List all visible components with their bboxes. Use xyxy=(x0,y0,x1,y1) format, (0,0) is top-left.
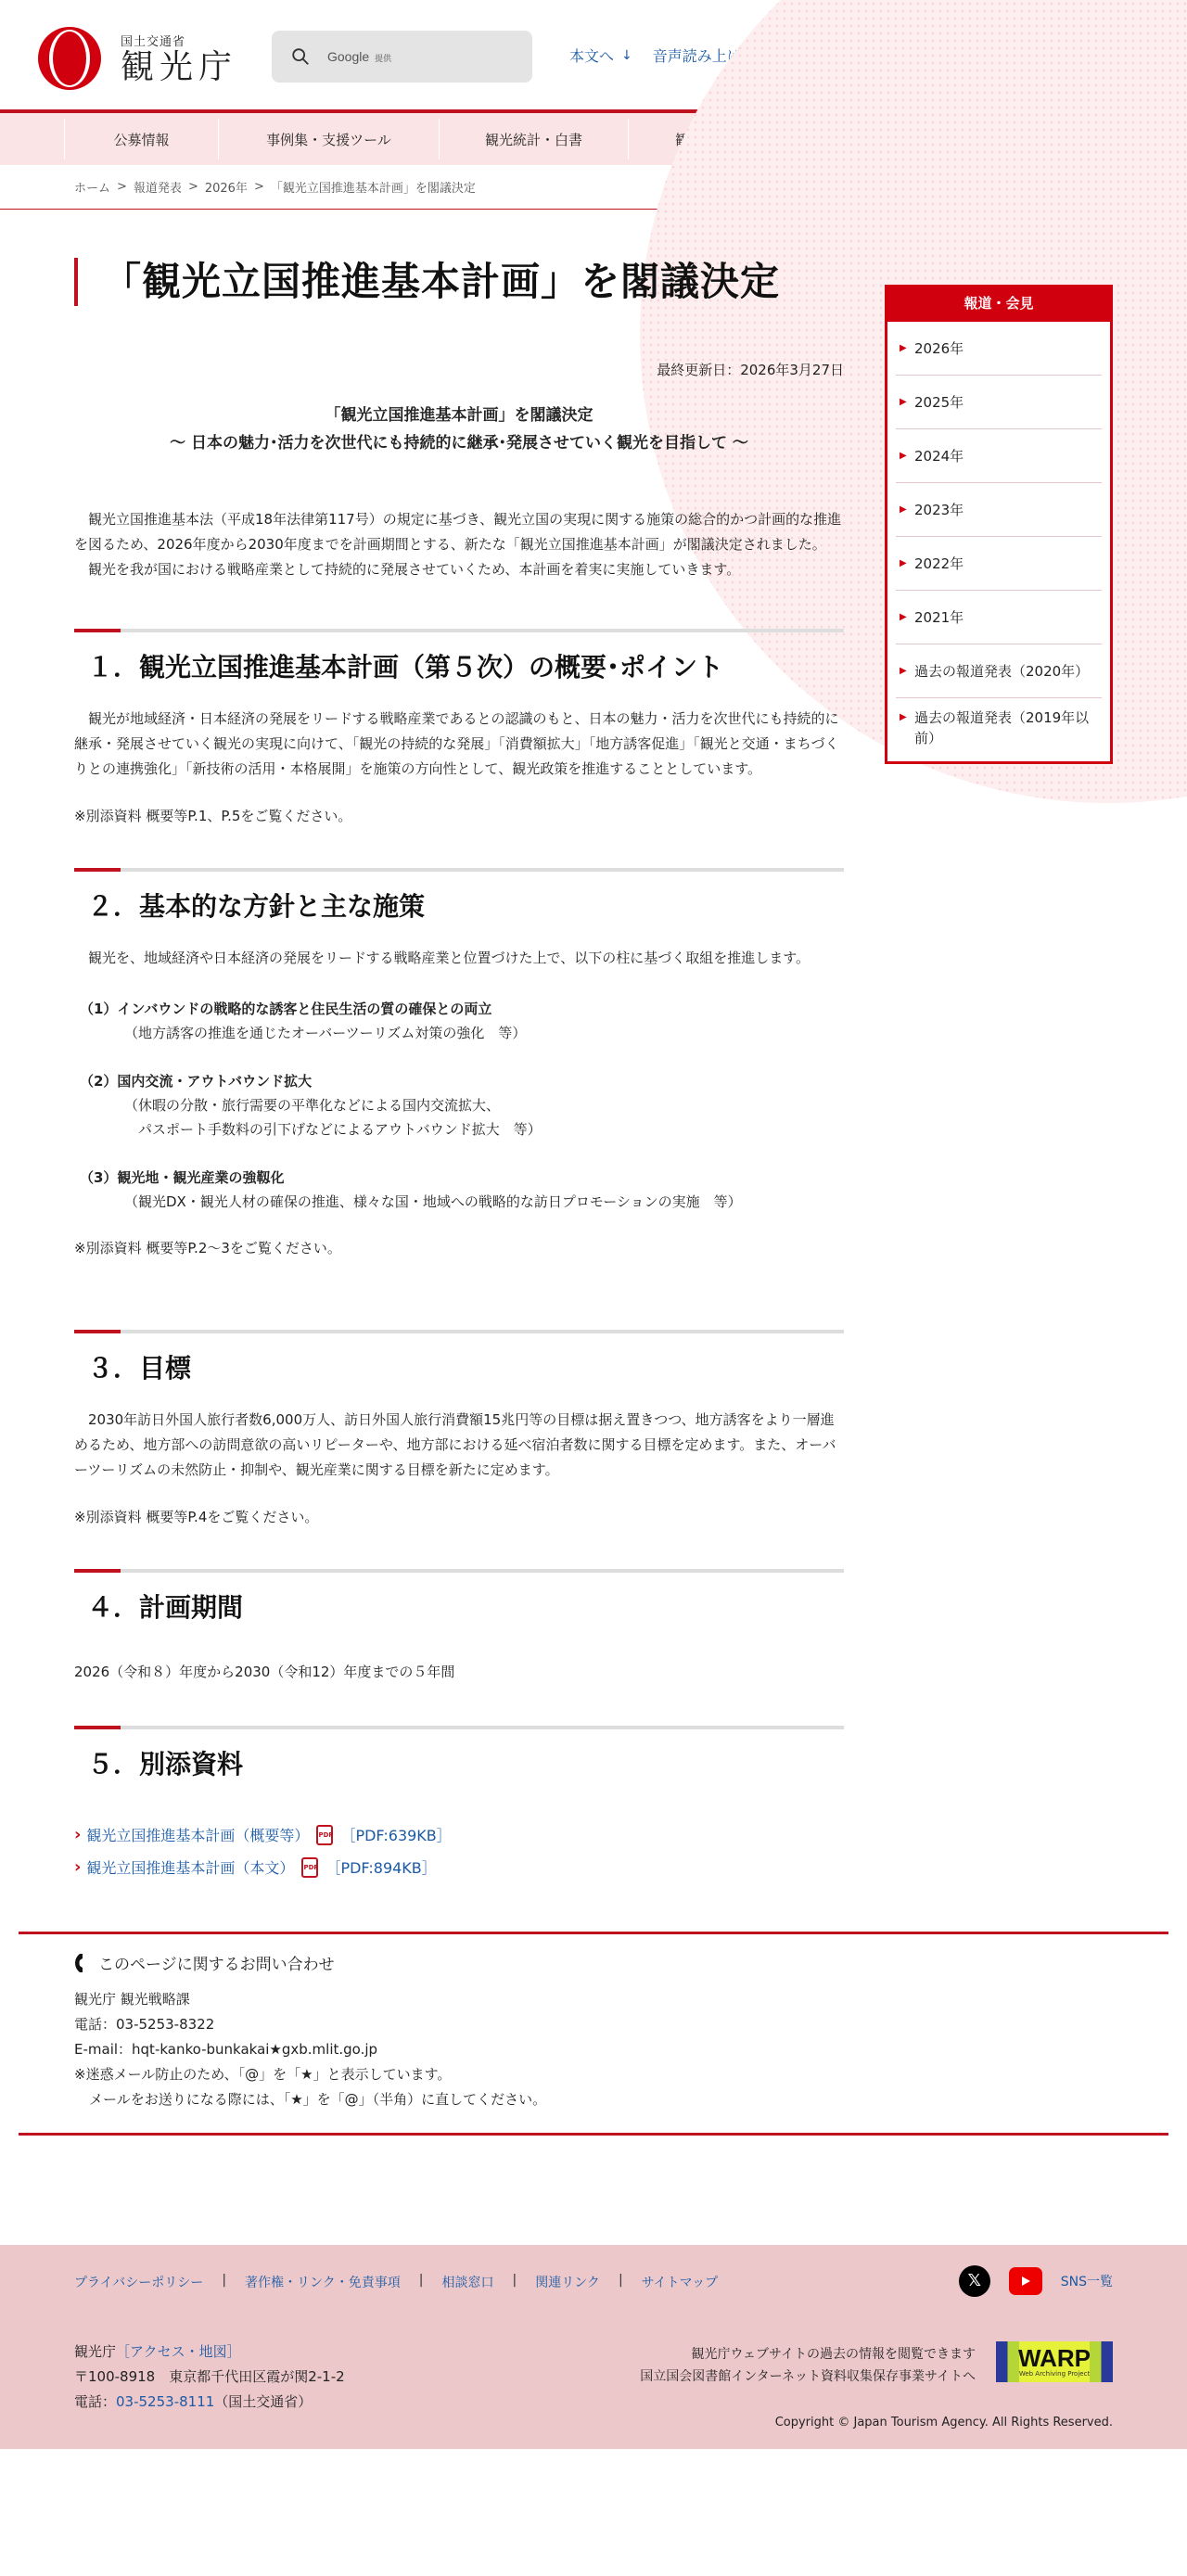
sidebar-item-2022[interactable]: 2022年 xyxy=(896,537,1102,591)
gnav-item-statistics[interactable]: 観光統計・白書 xyxy=(439,119,628,159)
footer-link-consultation[interactable]: 相談窓口 xyxy=(441,2273,493,2291)
footer-links: プライバシーポリシー| 著作権・リンク・免責事項| 相談窓口| 関連リンク| サ… xyxy=(74,2273,736,2291)
chevron-right-icon: › xyxy=(74,1857,81,1877)
attachment-link-main[interactable]: 観光立国推進基本計画（本文） xyxy=(86,1856,294,1878)
section-divider xyxy=(74,1569,844,1573)
footer-link-related[interactable]: 関連リンク xyxy=(535,2273,600,2291)
sidebar-item-2023[interactable]: 2023年 xyxy=(896,483,1102,537)
section-note: ※別添資料 概要等P.4をご覧ください。 xyxy=(74,1507,844,1526)
last-updated: 最終更新日：2026年3月27日 xyxy=(74,360,844,379)
policy-item: （2）国内交流・アウトバウンド拡大 （休暇の分散・旅行需要の平準化などによる国内… xyxy=(74,1069,844,1141)
access-map-link[interactable]: ［アクセス・地図］ xyxy=(116,2343,241,2360)
x-icon[interactable]: 𝕏 xyxy=(959,2265,990,2297)
section-divider xyxy=(74,629,844,632)
breadcrumb-current: 「観光立国推進基本計画」を閣議決定 xyxy=(271,178,476,196)
sidebar-item-2019-earlier[interactable]: 過去の報道発表（2019年以前） xyxy=(896,698,1102,761)
section-body: 2030年訪日外国人旅行者数6,000万人、訪日外国人旅行消費額15兆円等の目標… xyxy=(74,1408,844,1483)
section-overview: １．観光立国推進基本計画（第５次）の概要･ポイント 観光が地域経済・日本経済の発… xyxy=(74,629,844,825)
sns-list-link[interactable]: SNS一覧 xyxy=(1061,2272,1113,2290)
attachment-size-link[interactable]: ［PDF:894KB］ xyxy=(325,1856,436,1878)
sidebar-title: 報道・会見 xyxy=(887,287,1110,322)
intro-paragraph: 観光立国推進基本法（平成18年法律第117号）の規定に基づき、観光立国の実現に関… xyxy=(74,507,844,582)
footer-link-sitemap[interactable]: サイトマップ xyxy=(642,2273,718,2291)
search-placeholder: Google提供 xyxy=(327,49,391,64)
warp-description: 観光庁ウェブサイトの過去の情報を閲覧できます 国立国会図書館インターネット資料収… xyxy=(640,2343,976,2388)
section-targets: ３．目標 2030年訪日外国人旅行者数6,000万人、訪日外国人旅行消費額15兆… xyxy=(74,1330,844,1526)
site-footer: プライバシーポリシー| 著作権・リンク・免責事項| 相談窓口| 関連リンク| サ… xyxy=(0,2245,1187,2449)
logo-ministry: 国土交通省 xyxy=(121,32,237,49)
attachment-link-overview[interactable]: 観光立国推進基本計画（概要等） xyxy=(86,1824,309,1845)
warp-banner[interactable]: WARP Web Archiving Project xyxy=(996,2341,1113,2382)
section-period: ４．計画期間 2026（令和８）年度から2030（令和12）年度までの５年間 xyxy=(74,1569,844,1685)
logo-agency: 観光庁 xyxy=(121,49,237,86)
policy-item: （3）観光地・観光産業の強靱化 （観光DX・観光人材の確保の推進、様々な国・地域… xyxy=(74,1166,844,1214)
section-title: ４．計画期間 xyxy=(74,1573,844,1625)
pdf-icon: PDF xyxy=(301,1857,318,1878)
footer-phone-link[interactable]: 03-5253-8111 xyxy=(116,2393,214,2410)
section-body: 2026（令和８）年度から2030（令和12）年度までの５年間 xyxy=(74,1660,844,1685)
gnav-item-recruitment[interactable]: 公募情報 xyxy=(64,119,218,159)
section-note: ※別添資料 概要等P.2～3をご覧ください。 xyxy=(74,1238,844,1257)
site-logo[interactable]: 国土交通省 観光庁 xyxy=(37,26,237,91)
section-attachments: ５．別添資料 › 観光立国推進基本計画（概要等） PDF ［PDF:639KB］… xyxy=(74,1726,844,1878)
contact-note: ※迷惑メール防止のため、「@」を「★」と表示しています。 xyxy=(74,2062,1168,2087)
contact-heading: このページに関するお問い合わせ xyxy=(74,1951,1168,1974)
chevron-right-icon: › xyxy=(74,1825,81,1844)
phone-icon xyxy=(74,1953,91,1973)
footer-link-copyright[interactable]: 著作権・リンク・免責事項 xyxy=(245,2273,401,2291)
lead-title: 「観光立国推進基本計画」を閣議決定 xyxy=(74,402,844,429)
breadcrumb-year[interactable]: 2026年 xyxy=(205,178,248,196)
section-note: ※別添資料 概要等P.1、P.5をご覧ください。 xyxy=(74,806,844,825)
footer-link-privacy[interactable]: プライバシーポリシー xyxy=(74,2273,203,2291)
logo-mark-icon xyxy=(37,26,102,91)
sidebar-item-2025[interactable]: 2025年 xyxy=(896,376,1102,429)
sidebar-item-2020[interactable]: 過去の報道発表（2020年） xyxy=(896,644,1102,698)
policy-item: （1）インバウンドの戦略的な誘客と住民生活の質の確保との両立 （地方誘客の推進を… xyxy=(74,997,844,1045)
contact-note: メールをお送りになる際には、「★」を「@」（半角）に直してください。 xyxy=(74,2087,1168,2112)
attachment-size-link[interactable]: ［PDF:639KB］ xyxy=(340,1824,451,1845)
arrow-down-icon: ↓ xyxy=(621,48,632,63)
section-title: ３．目標 xyxy=(74,1333,844,1385)
copyright: Copyright © Japan Tourism Agency. All Ri… xyxy=(775,2416,1113,2429)
contact-box: このページに関するお問い合わせ 観光庁 観光戦略課 電話：03-5253-832… xyxy=(19,1932,1168,2136)
gnav-item-case-studies[interactable]: 事例集・支援ツール xyxy=(218,119,439,159)
search-box[interactable]: Google提供 xyxy=(272,31,532,83)
section-title: ２．基本的な方針と主な施策 xyxy=(74,872,844,924)
page-title: 「観光立国推進基本計画」を閣議決定 xyxy=(74,258,844,306)
pdf-icon: PDF xyxy=(316,1825,333,1845)
sidebar-item-2024[interactable]: 2024年 xyxy=(896,429,1102,483)
section-policies: ２．基本的な方針と主な施策 観光を、地域経済や日本経済の発展をリードする戦略産業… xyxy=(74,868,844,1257)
sidebar-press: 報道・会見 2026年 2025年 2024年 2023年 2022年 2021… xyxy=(885,285,1113,764)
section-body: 観光が地域経済・日本経済の発展をリードする戦略産業であるとの認識のもと、日本の魅… xyxy=(74,707,844,782)
contact-dept: 観光庁 観光戦略課 xyxy=(74,1987,1168,2012)
section-title: １．観光立国推進基本計画（第５次）の概要･ポイント xyxy=(74,632,844,684)
sidebar-item-2021[interactable]: 2021年 xyxy=(896,591,1102,644)
lead-block: 「観光立国推進基本計画」を閣議決定 ～ 日本の魅力･活力を次世代にも持続的に継承… xyxy=(74,402,844,457)
contact-phone: 電話：03-5253-8322 xyxy=(74,2012,1168,2037)
section-divider xyxy=(74,868,844,872)
attachment-item: › 観光立国推進基本計画（概要等） PDF ［PDF:639KB］ xyxy=(74,1824,844,1845)
section-divider xyxy=(74,1726,844,1729)
skip-to-content-link[interactable]: 本文へ↓ xyxy=(569,45,632,66)
breadcrumb-home[interactable]: ホーム xyxy=(74,178,110,196)
footer-address: 観光庁［アクセス・地図］ 〒100-8918 東京都千代田区霞が関2-1-2 電… xyxy=(74,2340,345,2415)
sidebar-item-2026[interactable]: 2026年 xyxy=(896,322,1102,376)
sns-links: 𝕏 SNS一覧 xyxy=(959,2265,1113,2297)
section-body: 観光を、地域経済や日本経済の発展をリードする戦略産業と位置づけた上で、以下の柱に… xyxy=(74,946,844,971)
attachment-item: › 観光立国推進基本計画（本文） PDF ［PDF:894KB］ xyxy=(74,1856,844,1878)
search-icon xyxy=(290,46,311,67)
section-title: ５．別添資料 xyxy=(74,1729,844,1781)
breadcrumb-press[interactable]: 報道発表 xyxy=(134,178,182,196)
lead-subtitle: ～ 日本の魅力･活力を次世代にも持続的に継承･発展させていく観光を目指して ～ xyxy=(74,429,844,457)
section-divider xyxy=(74,1330,844,1333)
contact-email: E-mail：hqt-kanko-bunkakai★gxb.mlit.go.jp xyxy=(74,2037,1168,2062)
youtube-icon[interactable] xyxy=(1009,2267,1042,2295)
main-content: 「観光立国推進基本計画」を閣議決定 最終更新日：2026年3月27日 「観光立国… xyxy=(74,210,844,1878)
